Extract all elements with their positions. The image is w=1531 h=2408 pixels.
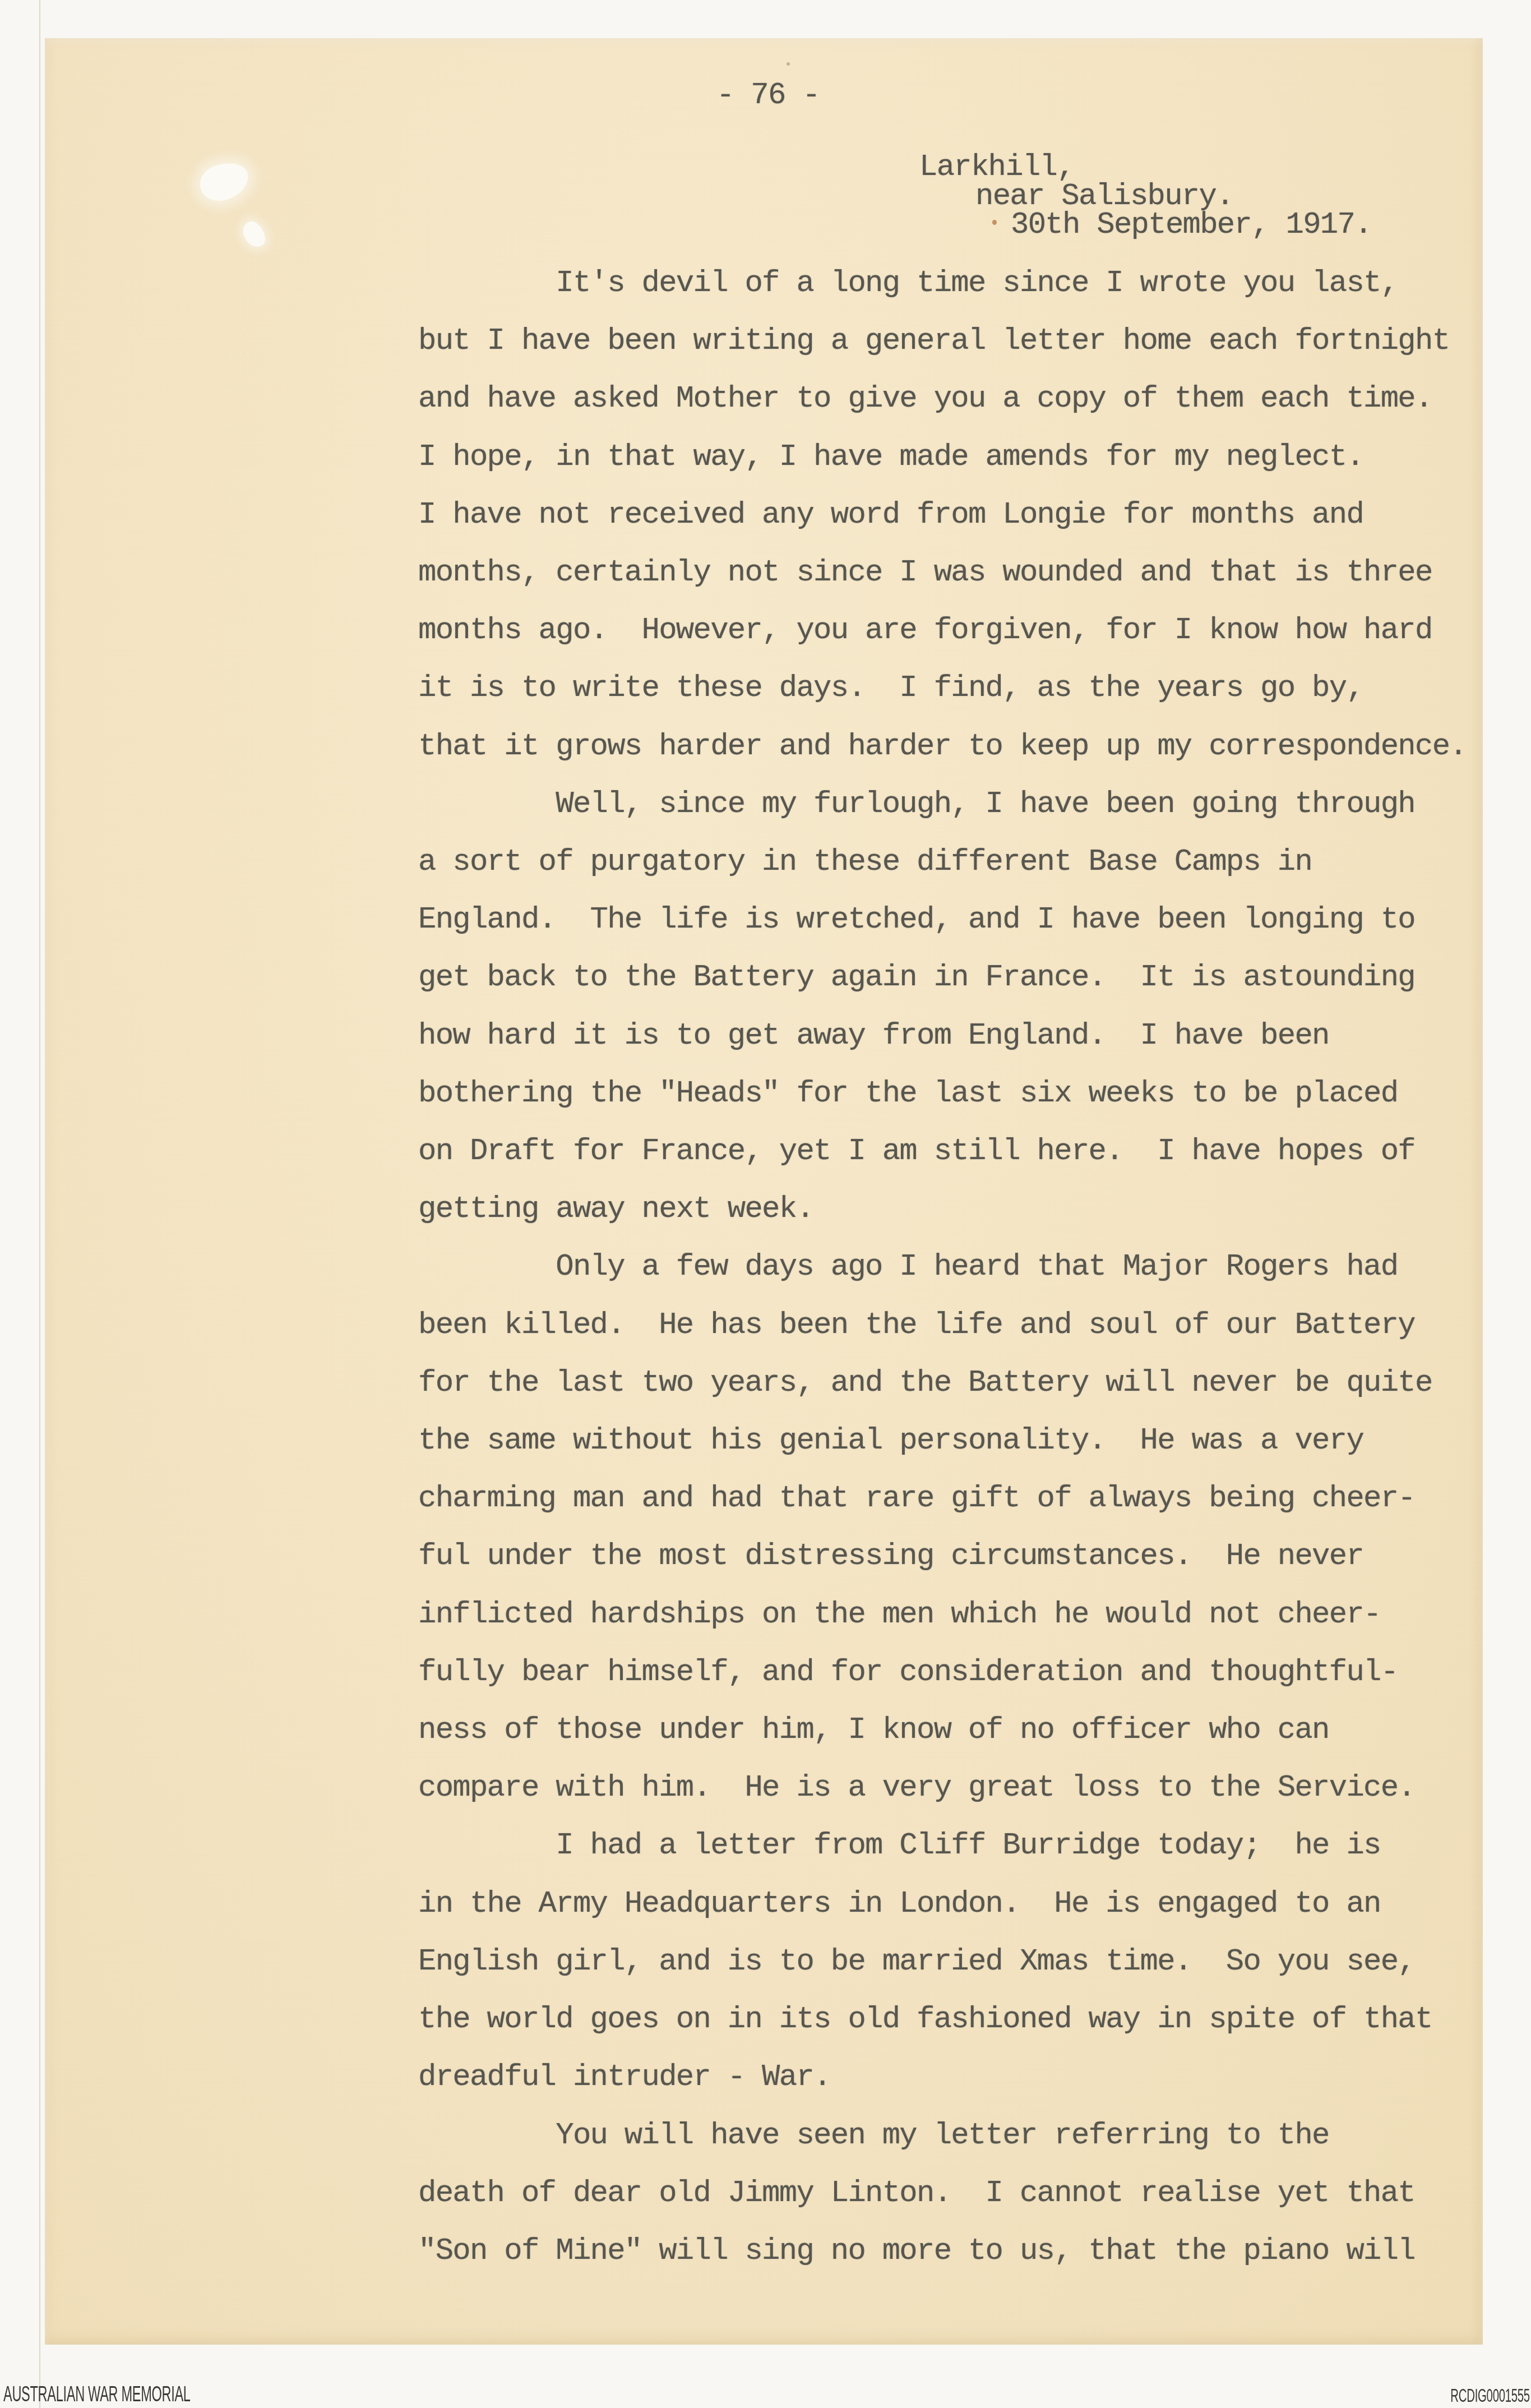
typed-line: England. The life is wretched, and I hav… xyxy=(418,891,1467,949)
paper-speck-amber xyxy=(992,220,997,225)
typed-line: getting away next week. xyxy=(418,1180,1467,1238)
typed-line: ness of those under him, I know of no of… xyxy=(418,1701,1467,1759)
typed-line: English girl, and is to be married Xmas … xyxy=(418,1933,1467,1991)
typed-line: I hope, in that way, I have made amends … xyxy=(418,428,1467,486)
typed-line: death of dear old Jimmy Linton. I cannot… xyxy=(418,2165,1467,2222)
typed-line: compare with him. He is a very great los… xyxy=(418,1759,1467,1817)
address-line-date: 30th September, 1917. xyxy=(1011,211,1372,240)
typed-line: the same without his genial personality.… xyxy=(418,1412,1467,1470)
paper-speck-grey xyxy=(787,62,790,66)
page-number: - 76 - xyxy=(716,81,820,110)
scanner-edge-line xyxy=(39,0,40,2408)
typed-line: get back to the Battery again in France.… xyxy=(418,949,1467,1007)
typed-line: how hard it is to get away from England.… xyxy=(418,1007,1467,1065)
typed-line: a sort of purgatory in these different B… xyxy=(418,833,1467,891)
typed-line: charming man and had that rare gift of a… xyxy=(418,1470,1467,1528)
scanned-document-page: { "document": { "page_number": "- 76 -",… xyxy=(0,0,1531,2408)
typed-line: "Son of Mine" will sing no more to us, t… xyxy=(418,2222,1467,2280)
typed-line: dreadful intruder - War. xyxy=(418,2049,1467,2106)
typed-line: inflicted hardships on the men which he … xyxy=(418,1586,1467,1644)
address-line-place: Larkhill, xyxy=(919,153,1074,182)
typed-line: it is to write these days. I find, as th… xyxy=(418,659,1467,717)
typed-line: for the last two years, and the Battery … xyxy=(418,1354,1467,1412)
typed-line: months ago. However, you are forgiven, f… xyxy=(418,602,1467,659)
typed-line: fully bear himself, and for consideratio… xyxy=(418,1644,1467,1701)
address-line-region: near Salisbury. xyxy=(975,182,1233,211)
typed-line: months, certainly not since I was wounde… xyxy=(418,544,1467,602)
typed-line: I had a letter from Cliff Burridge today… xyxy=(418,1817,1467,1875)
archive-name-label: AUSTRALIAN WAR MEMORIAL xyxy=(3,2383,191,2407)
typed-line: the world goes on in its old fashioned w… xyxy=(418,1991,1467,2049)
typed-line: bothering the "Heads" for the last six w… xyxy=(418,1065,1467,1123)
paper-damage-spot-small xyxy=(239,218,269,251)
typed-line: and have asked Mother to give you a copy… xyxy=(418,370,1467,428)
typed-line: on Draft for France, yet I am still here… xyxy=(418,1123,1467,1180)
letter-body: It's devil of a long time since I wrote … xyxy=(418,255,1467,2280)
archive-reference-label: RCDIG0001555 xyxy=(1450,2385,1530,2407)
typed-line: ful under the most distressing circumsta… xyxy=(418,1528,1467,1585)
typed-line: You will have seen my letter referring t… xyxy=(418,2107,1467,2165)
typed-line: that it grows harder and harder to keep … xyxy=(418,718,1467,776)
typed-line: Only a few days ago I heard that Major R… xyxy=(418,1238,1467,1296)
paper-damage-spot-large xyxy=(195,157,253,206)
typed-line: Well, since my furlough, I have been goi… xyxy=(418,776,1467,833)
typed-line: been killed. He has been the life and so… xyxy=(418,1297,1467,1354)
typed-line: It's devil of a long time since I wrote … xyxy=(418,255,1467,312)
typed-line: I have not received any word from Longie… xyxy=(418,486,1467,544)
typed-line: but I have been writing a general letter… xyxy=(418,312,1467,370)
typed-line: in the Army Headquarters in London. He i… xyxy=(418,1875,1467,1933)
